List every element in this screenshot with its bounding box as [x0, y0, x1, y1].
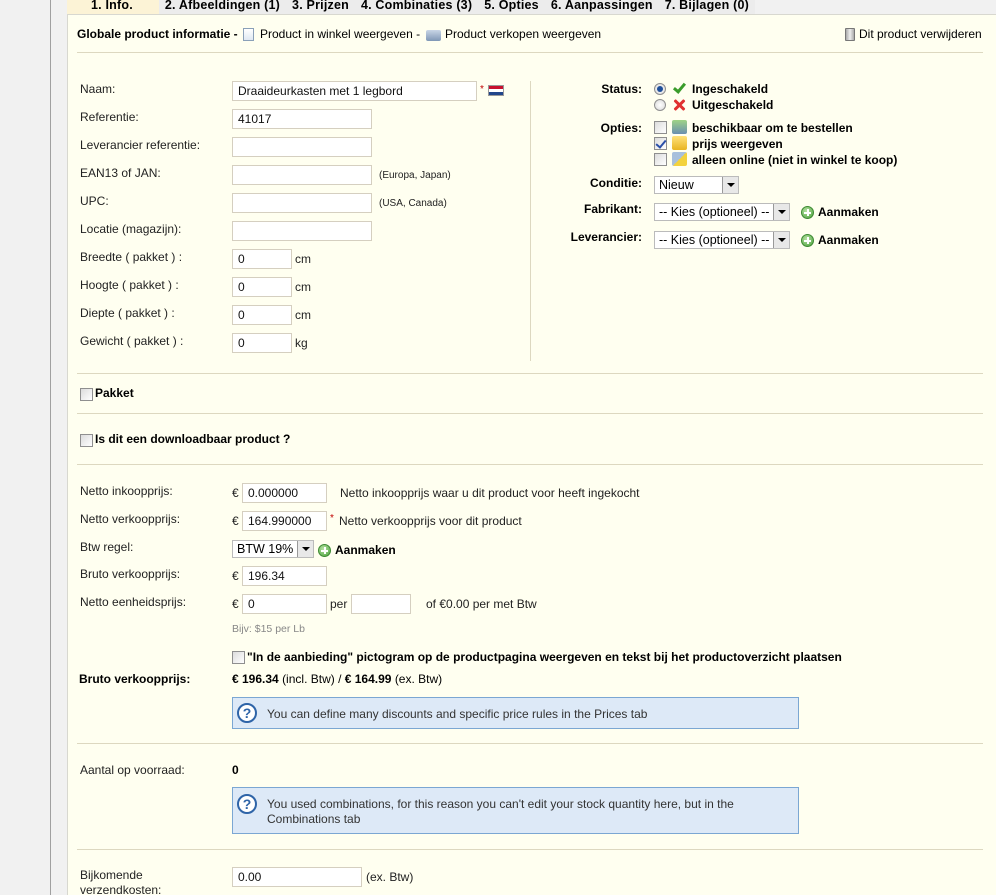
divider	[77, 373, 983, 374]
page-left-border	[50, 0, 51, 895]
leverancier-value: -- Kies (optioneel) --	[659, 233, 769, 247]
ean13-input[interactable]	[232, 165, 372, 185]
locatie-input[interactable]	[232, 221, 372, 241]
eenheidsprijs-note: of €0.00 per met Btw	[426, 597, 537, 611]
opties-label: Opties:	[548, 121, 642, 135]
netto-inkoop-input[interactable]	[242, 483, 327, 503]
eenheidsprijs-input[interactable]	[242, 594, 327, 614]
cart-download-icon	[672, 120, 687, 134]
shipping-input[interactable]	[232, 867, 362, 887]
breedte-input[interactable]	[232, 249, 292, 269]
fabrikant-value: -- Kies (optioneel) --	[659, 205, 769, 219]
required-marker: *	[330, 513, 334, 524]
chevron-down-icon	[773, 232, 789, 248]
option-available-label: beschikbaar om te bestellen	[692, 121, 853, 135]
stock-info-box: ? You used combinations, for this reason…	[232, 787, 799, 834]
incl-text: (incl. Btw) /	[282, 672, 341, 686]
option-show-price-checkbox[interactable]	[654, 137, 667, 150]
diepte-unit: cm	[295, 308, 311, 322]
ean13-label: EAN13 of JAN:	[80, 166, 161, 180]
downloadable-checkbox[interactable]	[80, 434, 93, 447]
divider	[77, 52, 983, 53]
tab-prijzen[interactable]: 3. Prijzen	[286, 0, 355, 14]
delete-product-link[interactable]: Dit product verwijderen	[859, 27, 982, 41]
tab-afbeeldingen[interactable]: 2. Afbeeldingen (1)	[159, 0, 286, 14]
chevron-down-icon	[297, 541, 313, 557]
stock-label: Aantal op voorraad:	[80, 763, 185, 777]
stock-info-text: You used combinations, for this reason y…	[267, 797, 767, 827]
tab-combinaties[interactable]: 4. Combinaties (3)	[355, 0, 478, 14]
netto-inkoop-note: Netto inkoopprijs waar u dit product voo…	[340, 486, 640, 500]
divider	[77, 413, 983, 414]
netto-verkoop-label: Netto verkoopprijs:	[80, 512, 180, 526]
breedte-label: Breedte ( pakket ) :	[80, 250, 182, 264]
bruto-summary: € 196.34 (incl. Btw) / € 164.99 (ex. Btw…	[232, 672, 442, 686]
column-divider	[530, 81, 531, 361]
currency-symbol: €	[232, 569, 239, 583]
hoogte-unit: cm	[295, 280, 311, 294]
gewicht-unit: kg	[295, 336, 308, 350]
upc-label: UPC:	[80, 194, 109, 208]
document-icon	[243, 28, 254, 41]
status-disabled-label: Uitgeschakeld	[692, 98, 773, 112]
leverancier-referentie-label: Leverancier referentie:	[80, 138, 200, 152]
leverancier-select[interactable]: -- Kies (optioneel) --	[654, 231, 790, 249]
locatie-label: Locatie (magazijn):	[80, 222, 181, 236]
ean13-note: (Europa, Japan)	[379, 170, 451, 181]
ex-price: € 164.99	[345, 672, 392, 686]
tab-bar: 1. Info. 2. Afbeeldingen (1) 3. Prijzen …	[67, 0, 755, 14]
on-sale-checkbox[interactable]	[232, 651, 245, 664]
diepte-label: Diepte ( pakket ) :	[80, 306, 175, 320]
naam-input[interactable]	[232, 81, 477, 101]
check-icon	[673, 80, 686, 94]
status-disabled-radio[interactable]	[654, 99, 666, 111]
eenheidsprijs-label: Netto eenheidsprijs:	[80, 595, 186, 609]
product-info-panel: Globale product informatie - Product in …	[67, 14, 996, 895]
add-icon	[318, 544, 331, 557]
fabrikant-select[interactable]: -- Kies (optioneel) --	[654, 203, 790, 221]
eenheidsprijs-hint: Bijv: $15 per Lb	[232, 623, 305, 635]
hoogte-input[interactable]	[232, 277, 292, 297]
fabrikant-label: Fabrikant:	[548, 202, 642, 216]
view-sell-link[interactable]: Product verkopen weergeven	[445, 27, 601, 41]
upc-note: (USA, Canada)	[379, 198, 447, 209]
naam-label: Naam:	[80, 82, 115, 96]
online-warning-icon	[672, 152, 687, 166]
stock-value: 0	[232, 763, 239, 777]
status-enabled-label: Ingeschakeld	[692, 82, 768, 96]
chevron-down-icon	[773, 204, 789, 220]
x-icon	[672, 98, 686, 112]
leverancier-label: Leverancier:	[548, 230, 642, 244]
currency-symbol: €	[232, 597, 239, 611]
help-icon: ?	[237, 703, 257, 723]
divider	[77, 849, 983, 850]
gewicht-label: Gewicht ( pakket ) :	[80, 334, 183, 348]
gewicht-input[interactable]	[232, 333, 292, 353]
shipping-label: Bijkomende verzendkosten:	[80, 868, 200, 895]
option-online-only-label: alleen online (niet in winkel te koop)	[692, 153, 897, 167]
unit-input[interactable]	[351, 594, 411, 614]
dutch-flag-icon[interactable]	[488, 85, 504, 96]
help-icon: ?	[237, 794, 257, 814]
upc-input[interactable]	[232, 193, 372, 213]
on-sale-label: "In de aanbieding" pictogram op de produ…	[247, 650, 842, 664]
required-marker: *	[480, 84, 484, 95]
divider	[77, 464, 983, 465]
btw-select[interactable]: BTW 19%	[232, 540, 314, 558]
prices-info-text: You can define many discounts and specif…	[267, 707, 647, 721]
breedte-unit: cm	[295, 252, 311, 266]
diepte-input[interactable]	[232, 305, 292, 325]
hoogte-label: Hoogte ( pakket ) :	[80, 278, 179, 292]
leverancier-referentie-input[interactable]	[232, 137, 372, 157]
view-in-shop-link[interactable]: Product in winkel weergeven -	[260, 27, 420, 41]
conditie-label: Conditie:	[548, 176, 642, 190]
tab-bijlagen[interactable]: 7. Bijlagen (0)	[659, 0, 755, 14]
per-label: per	[330, 597, 347, 611]
trash-icon	[845, 28, 855, 41]
netto-inkoop-label: Netto inkoopprijs:	[80, 484, 173, 498]
add-icon	[801, 206, 814, 219]
netto-verkoop-input[interactable]	[242, 511, 327, 531]
ex-text: (ex. Btw)	[395, 672, 442, 686]
create-btw-button[interactable]: Aanmaken	[335, 543, 396, 557]
prices-info-box: ? You can define many discounts and spec…	[232, 697, 799, 729]
cart-icon	[426, 30, 441, 41]
coins-icon	[672, 136, 687, 150]
bruto-summary-label: Bruto verkoopprijs:	[79, 672, 190, 686]
netto-verkoop-note: Netto verkoopprijs voor dit product	[339, 514, 522, 528]
option-online-only-checkbox[interactable]	[654, 153, 667, 166]
pakket-label: Pakket	[95, 386, 134, 400]
incl-price: € 196.34	[232, 672, 279, 686]
bruto-verkoop-label: Bruto verkoopprijs:	[80, 567, 180, 581]
option-available-checkbox[interactable]	[654, 121, 667, 134]
section-title: Globale product informatie -	[77, 27, 238, 41]
chevron-down-icon	[722, 177, 738, 193]
tab-aanpassingen[interactable]: 6. Aanpassingen	[545, 0, 659, 14]
bruto-verkoop-input[interactable]	[242, 566, 327, 586]
create-fabrikant-button[interactable]: Aanmaken	[818, 205, 879, 219]
referentie-input[interactable]	[232, 109, 372, 129]
divider	[77, 743, 983, 744]
referentie-label: Referentie:	[80, 110, 139, 124]
tab-info[interactable]: 1. Info.	[67, 0, 159, 14]
add-icon	[801, 234, 814, 247]
tab-opties[interactable]: 5. Opties	[478, 0, 545, 14]
btw-label: Btw regel:	[80, 540, 133, 554]
option-show-price-label: prijs weergeven	[692, 137, 783, 151]
status-enabled-radio[interactable]	[654, 83, 666, 95]
pakket-checkbox[interactable]	[80, 388, 93, 401]
conditie-select[interactable]: Nieuw	[654, 176, 739, 194]
create-leverancier-button[interactable]: Aanmaken	[818, 233, 879, 247]
currency-symbol: €	[232, 486, 239, 500]
btw-value: BTW 19%	[237, 542, 293, 556]
status-label: Status:	[548, 82, 642, 96]
downloadable-label: Is dit een downloadbaar product ?	[95, 432, 290, 446]
currency-symbol: €	[232, 514, 239, 528]
shipping-note: (ex. Btw)	[366, 870, 413, 884]
conditie-value: Nieuw	[659, 178, 694, 192]
